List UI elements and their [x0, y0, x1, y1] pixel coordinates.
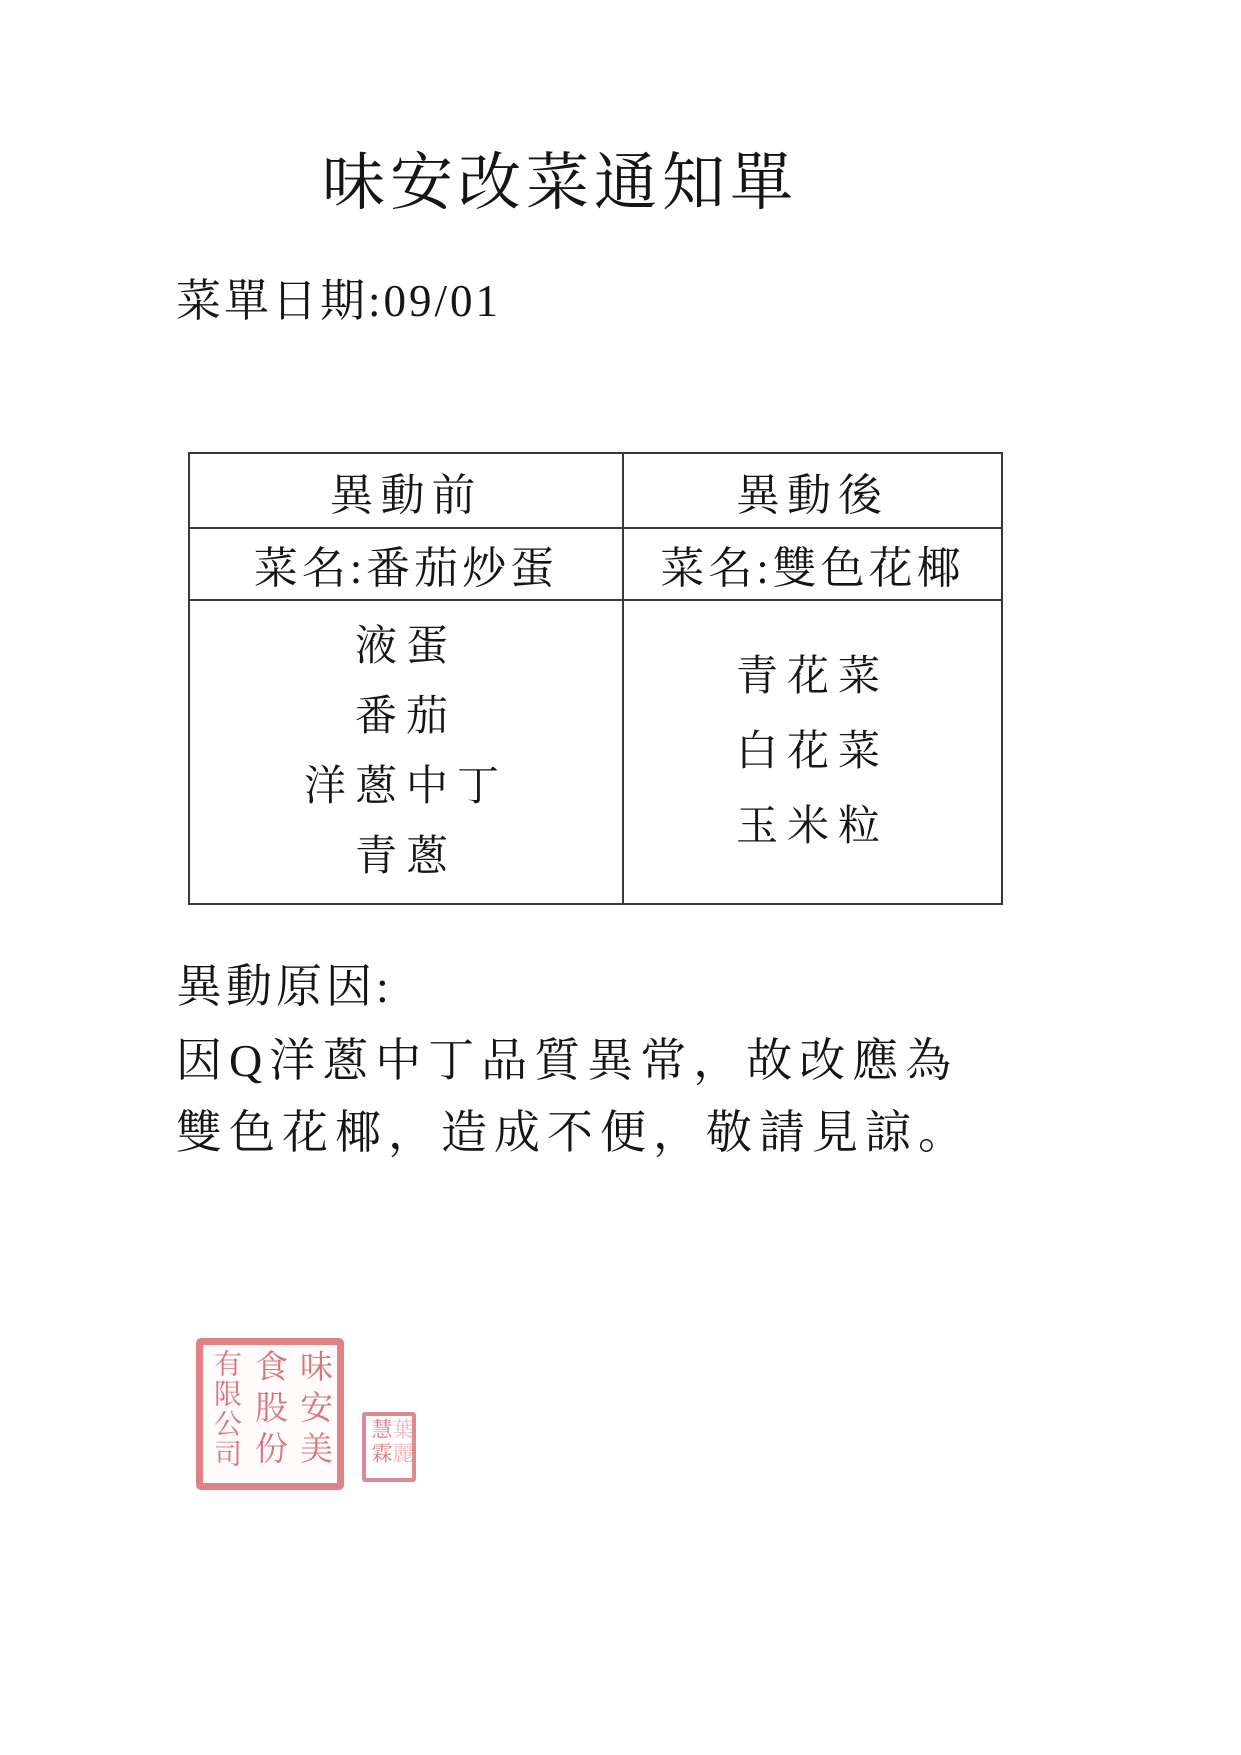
dish-name-after: 菜名:雙色花椰 [623, 528, 1002, 600]
table-header-after: 異動後 [623, 453, 1002, 528]
dish-name-before: 菜名:番茄炒蛋 [189, 528, 623, 600]
reason-line: 雙色花椰，造成不便，敬請見諒。 [176, 1096, 971, 1162]
menu-date: 菜單日期:09/01 [176, 264, 501, 329]
ingredient-item: 番茄 [190, 682, 622, 752]
ingredients-after-list: 青花菜 白花菜 玉米粒 [624, 640, 1001, 865]
ingredient-item: 液蛋 [190, 612, 622, 682]
table-header-before: 異動前 [189, 453, 623, 528]
stamp-column: 食股份 [251, 1349, 284, 1479]
document-title: 味安改菜通知單 [0, 132, 1120, 223]
reason-line: 因Q洋蔥中丁品質異常，故改應為 [176, 1024, 958, 1090]
ingredient-item: 洋蔥中丁 [190, 752, 622, 822]
company-seal-stamp: 有限公司 食股份 味安美 [196, 1338, 344, 1490]
ingredients-before-list: 液蛋 番茄 洋蔥中丁 青蔥 [190, 612, 622, 892]
document-page: 味安改菜通知單 菜單日期:09/01 異動前 異動後 菜名:番茄炒蛋 菜名:雙色… [0, 0, 1241, 1755]
stamp-column: 慧霖 [370, 1418, 391, 1476]
personal-name-stamp: 慧霖 葉麗 [362, 1412, 416, 1482]
stamp-column: 味安美 [296, 1349, 329, 1479]
stamp-column: 有限公司 [211, 1349, 239, 1479]
dish-name-row: 菜名:番茄炒蛋 菜名:雙色花椰 [189, 528, 1002, 600]
ingredient-item: 玉米粒 [624, 790, 1001, 865]
change-table: 異動前 異動後 菜名:番茄炒蛋 菜名:雙色花椰 液蛋 番茄 洋蔥中丁 青蔥 [188, 452, 1003, 905]
ingredients-before-cell: 液蛋 番茄 洋蔥中丁 青蔥 [189, 600, 623, 904]
table-header-row: 異動前 異動後 [189, 453, 1002, 528]
ingredients-after-cell: 青花菜 白花菜 玉米粒 [623, 600, 1002, 904]
ingredient-item: 青蔥 [190, 822, 622, 892]
ingredient-item: 白花菜 [624, 715, 1001, 790]
stamp-column: 葉麗 [391, 1418, 412, 1476]
ingredient-item: 青花菜 [624, 640, 1001, 715]
reason-heading: 異動原因: [176, 950, 393, 1016]
ingredients-row: 液蛋 番茄 洋蔥中丁 青蔥 青花菜 白花菜 玉米粒 [189, 600, 1002, 904]
